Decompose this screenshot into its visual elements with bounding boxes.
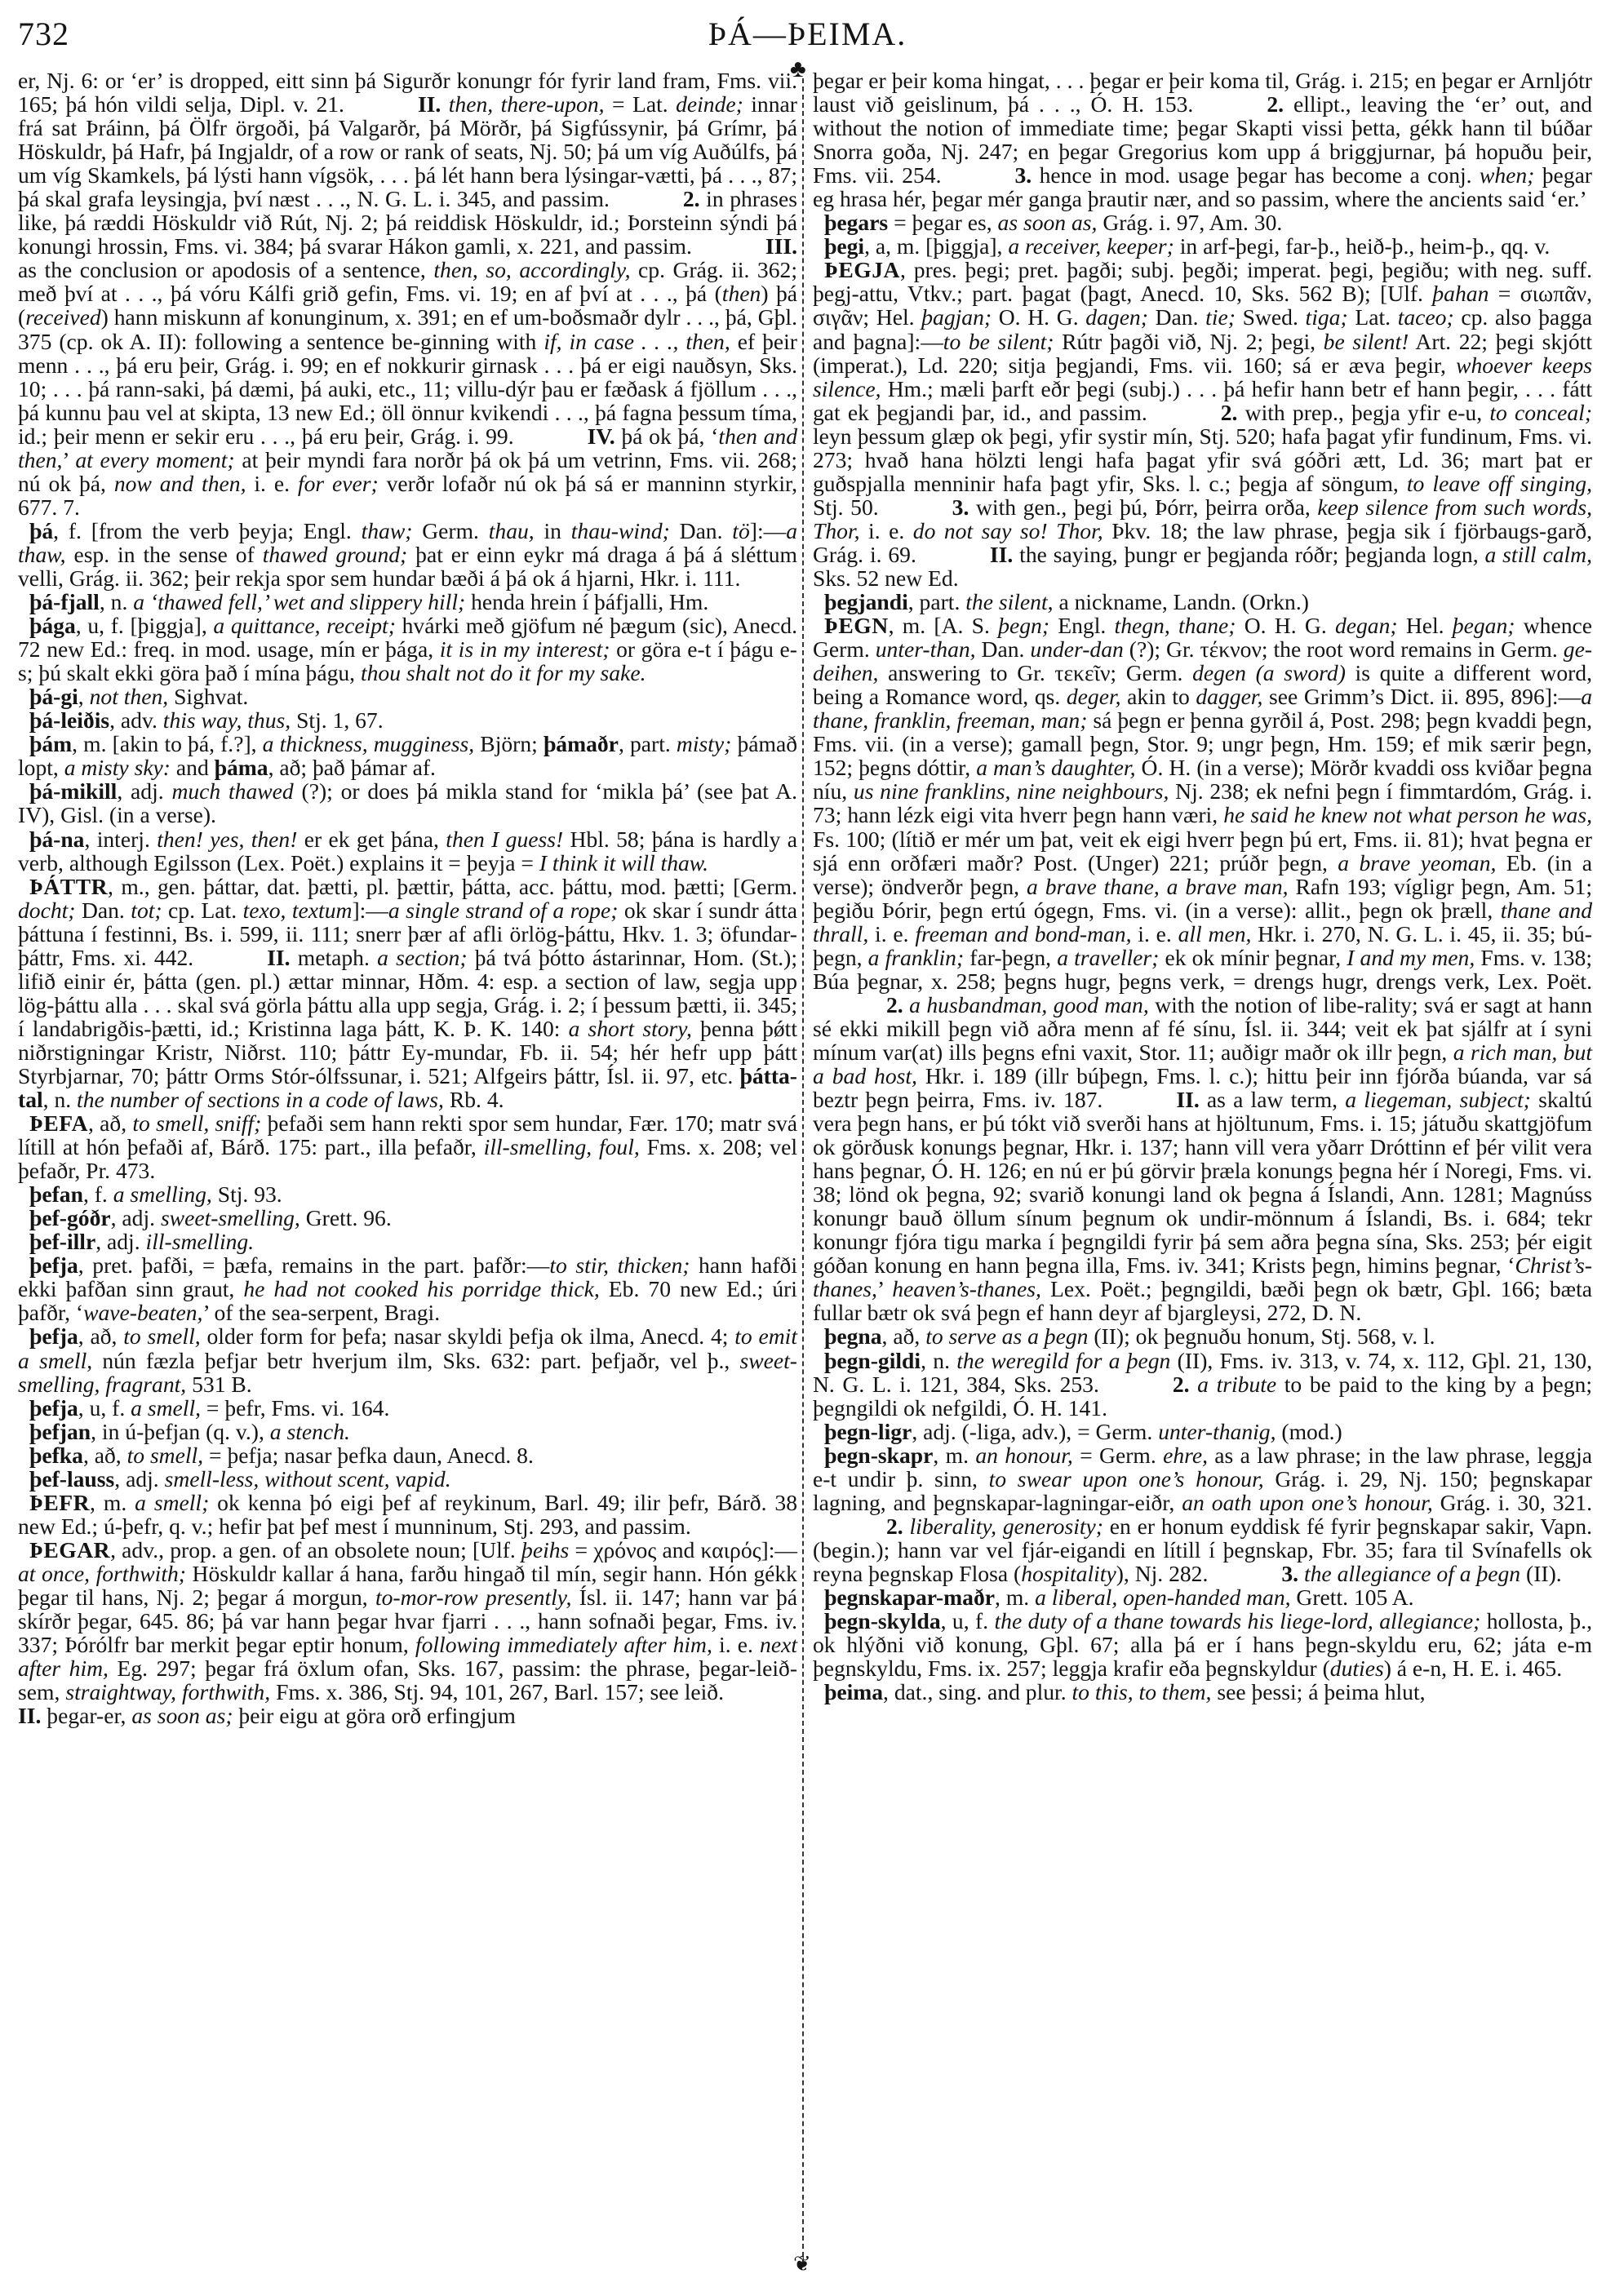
gloss-text: freeman and bond-man, <box>915 921 1131 946</box>
gloss-text: us nine franklins, nine neighbours, <box>854 778 1169 804</box>
entry-text: Dan. <box>670 518 732 543</box>
entry-text: Dan. <box>76 898 131 923</box>
gloss-text: a traveller; <box>1057 945 1159 970</box>
gloss-text: the allegiance of a þegn <box>1304 1561 1520 1586</box>
gloss-text: þeihs <box>521 1537 569 1562</box>
entry-text: see þessi; á þeima hlut, <box>1211 1679 1425 1704</box>
dictionary-entry: þegar er þeir koma hingat, . . . þegar e… <box>813 69 1592 211</box>
gloss-text: a receiver, keeper; <box>1008 233 1174 259</box>
gloss-text: then, there-upon, <box>449 91 605 117</box>
entry-text: = þefja; nasar þefka daun, Anecd. 8. <box>203 1443 534 1468</box>
gloss-text: texo, textum <box>243 898 353 923</box>
dictionary-entry: þefja, u, f. a smell, = þefr, Fms. vi. 1… <box>18 1396 797 1420</box>
dictionary-entry: þegna, að, to serve as a þegn (II); ok þ… <box>813 1324 1592 1348</box>
gloss-text: as soon as; <box>131 1703 233 1728</box>
dictionary-entry: þegars = þegar es, as soon as, Grág. i. … <box>813 211 1592 234</box>
gloss-text: smell-less, without scent, vapid. <box>165 1466 451 1492</box>
gloss-text: to conceal; <box>1489 400 1592 425</box>
dictionary-entry: þef-góðr, adj. sweet-smelling, Grett. 96… <box>18 1206 797 1230</box>
entry-text: i. e. <box>712 1632 760 1657</box>
headword: þá-fjall <box>29 589 100 614</box>
headword: ÞEFA <box>29 1110 88 1136</box>
column-divider <box>802 78 804 2265</box>
entry-text: answering to Gr. τεκεῖν; Germ. <box>878 660 1192 685</box>
entry-text: , part. <box>619 731 677 756</box>
headword: ÞEGJA <box>824 257 900 282</box>
gloss-text: a smell, <box>131 1395 201 1421</box>
entry-text: , n. <box>43 1087 77 1112</box>
headword: 2. <box>1221 400 1245 425</box>
entry-text: , dat., sing. and plur. <box>883 1679 1071 1704</box>
dictionary-entry: þegn-skylda, u, f. the duty of a thane t… <box>813 1609 1592 1680</box>
dictionary-entry: þegn-gildi, n. the weregild for a þegn (… <box>813 1349 1592 1420</box>
gloss-text: ill-smelling, foul, <box>484 1134 640 1159</box>
headword: ÞEFR <box>29 1490 90 1515</box>
dictionary-entry: þá-fjall, n. a ‘thawed fell,’ wet and sl… <box>18 590 797 614</box>
headword: þefja <box>29 1395 78 1421</box>
entry-text: , að, <box>88 1110 132 1136</box>
entry-text: ’ <box>877 1276 892 1301</box>
headword: þága <box>29 613 76 638</box>
gloss-text: then! yes, then! <box>157 827 297 852</box>
entry-text: Swed. <box>1236 304 1306 330</box>
gloss-text: þagjan; <box>921 304 992 330</box>
gloss-text: to this, to them, <box>1072 1679 1212 1704</box>
entry-text: skaltú vera þegn hans, er þú tókt við sv… <box>813 1087 1592 1278</box>
gloss-text: the silent, <box>965 589 1053 614</box>
entry-text: i. e. <box>246 471 297 496</box>
entry-text: Hel. <box>1398 613 1453 638</box>
dictionary-entry: þá-mikill, adj. much thawed (?); or does… <box>18 779 797 827</box>
gloss-text: thau, <box>489 518 535 543</box>
gloss-text: I think it will thaw. <box>539 850 708 875</box>
headword: þegjandi <box>824 589 908 614</box>
gloss-text: a liberal, open-handed man, <box>1035 1585 1290 1610</box>
entry-text: as a law term, <box>1207 1087 1345 1112</box>
dictionary-entry: ÞEGAR, adv., prop. a gen. of an obsolete… <box>18 1538 797 1727</box>
fleuron-ornament-icon: ❦ <box>793 2254 811 2275</box>
headword: 3. <box>1015 162 1040 188</box>
gloss-text: I and my men, <box>1347 945 1475 970</box>
entry-text: Grág. i. 30, 321. <box>1433 1490 1592 1515</box>
entry-text: Sighvat. <box>168 684 248 709</box>
entry-text: , m. [A. S. <box>889 613 999 638</box>
gloss-text: when; <box>1480 162 1534 188</box>
gloss-text: deinde; <box>676 91 743 117</box>
headword: 2. <box>886 1514 910 1539</box>
gloss-text: a liegeman, subject; <box>1345 1087 1531 1112</box>
gloss-text: unter-than, <box>876 636 976 662</box>
gloss-text: to-mor-row presently, <box>375 1585 571 1610</box>
dictionary-entry: þá-na, interj. then! yes, then! er ek ge… <box>18 827 797 875</box>
gloss-text: tö <box>732 518 749 543</box>
right-column: þegar er þeir koma hingat, . . . þegar e… <box>813 69 1592 1704</box>
headword: þef-illr <box>29 1229 95 1254</box>
headword: III. <box>765 233 797 259</box>
dictionary-entry: ÞEFA, að, to smell, sniff; þefaði sem ha… <box>18 1111 797 1182</box>
gloss-text: tot; <box>131 898 162 923</box>
entry-text: , pret. þafði, = þæfa, remains in the pa… <box>78 1252 550 1278</box>
headword: ÞÁTTR <box>29 874 108 899</box>
entry-text: 531 B. <box>186 1372 252 1397</box>
entry-text: , adj. <box>95 1229 145 1254</box>
entry-text: ) á e-n, H. E. i. 465. <box>1384 1656 1562 1681</box>
entry-text: with gen., þegi þú, Þórr, þeirra orða, <box>976 494 1317 520</box>
gloss-text: dagen; <box>1085 304 1148 330</box>
gloss-text: hospitality <box>1021 1561 1116 1586</box>
entry-text: as the conclusion or apodosis of a sente… <box>18 257 433 282</box>
entry-text: , að, <box>83 1443 127 1468</box>
entry-text: Sks. 52 new Ed. <box>813 565 959 591</box>
gloss-text: ill-smelling. <box>146 1229 255 1254</box>
entry-text: in <box>535 518 571 543</box>
page-header: 732 ÞÁ—ÞEIMA. <box>0 8 1615 57</box>
gloss-text: at every moment; <box>75 447 234 472</box>
gloss-text: if, in case . . ., then, <box>544 329 730 354</box>
gloss-text: thou shalt not do it for my sake. <box>361 660 646 685</box>
entry-text: , adj. <box>111 1205 161 1230</box>
entry-text: metaph. <box>298 945 377 970</box>
entry-text: = Germ. <box>1073 1443 1163 1468</box>
dictionary-entry: þeima, dat., sing. and plur. to this, to… <box>813 1680 1592 1704</box>
gloss-text: thaw; <box>362 518 413 543</box>
gloss-text: degan; <box>1335 613 1398 638</box>
dictionary-entry: þegn-skapr, m. an honour, = Germ. ehre, … <box>813 1443 1592 1585</box>
gloss-text: a quittance, receipt; <box>213 613 396 638</box>
entry-text: , in ú-þefjan (q. v.), <box>91 1419 270 1444</box>
headword: þegnskapar-maðr <box>824 1585 995 1610</box>
headword: II. <box>418 91 449 117</box>
gloss-text: to swear upon one’s honour, <box>989 1466 1264 1492</box>
entry-text: , part. <box>908 589 966 614</box>
headword: þefja <box>29 1323 78 1349</box>
headword: þá-na <box>29 827 84 852</box>
gloss-text: a tribute <box>1197 1372 1276 1397</box>
headword: 2. <box>1173 1372 1197 1397</box>
gloss-text: the weregild for a þegn <box>956 1348 1170 1373</box>
entry-text: = þefr, Fms. vi. 164. <box>201 1395 389 1421</box>
headword: þegna <box>824 1323 882 1349</box>
entry-text: ’ of the sea-serpent, Bragi. <box>202 1300 440 1325</box>
gloss-text: a husbandman, good man, <box>909 992 1149 1017</box>
gloss-text: duties <box>1330 1656 1384 1681</box>
gloss-text: for ever; <box>298 471 379 496</box>
headword: II. <box>990 542 1019 567</box>
entry-text: er ek get þána, <box>297 827 446 852</box>
entry-text: , f. [from the verb þeyja; Engl. <box>53 518 361 543</box>
gloss-text: straightway, forthwith, <box>65 1679 270 1704</box>
entry-text: , interj. <box>84 827 157 852</box>
dictionary-entry: þá-leiðis, adv. this way, thus, Stj. 1, … <box>18 708 797 732</box>
headword: þef-góðr <box>29 1205 111 1230</box>
headword: 3. <box>1281 1561 1304 1586</box>
entry-text: Lat. <box>1348 304 1398 330</box>
gloss-text: a misty sky: <box>64 755 171 780</box>
entry-text: henda hrein í þáfjalli, Hm. <box>465 589 708 614</box>
entry-text: esp. in the sense of <box>66 542 263 567</box>
dictionary-entry: þegnskapar-maðr, m. a liberal, open-hand… <box>813 1585 1592 1609</box>
entry-text: , n. <box>100 589 133 614</box>
headword: þám <box>29 731 72 756</box>
headword: þegn-skapr <box>824 1443 933 1468</box>
headword: ÞEGN <box>824 613 889 638</box>
gloss-text: it is in my interest; <box>440 636 610 662</box>
entry-text: Germ. <box>412 518 488 543</box>
entry-text: Grett. 96. <box>300 1205 392 1230</box>
gloss-text: following immediately after him, <box>415 1632 712 1657</box>
dictionary-entry: þegi, a, m. [þiggja], a receiver, keeper… <box>813 234 1592 258</box>
gloss-text: a brave yeoman, <box>1338 850 1496 875</box>
entry-text: with prep., þegja yfir e-u, <box>1245 400 1490 425</box>
entry-text: ek ok mínir þegnar, <box>1159 945 1347 970</box>
dictionary-entry: ÞEGN, m. [A. S. þegn; Engl. thegn, thane… <box>813 614 1592 1324</box>
gloss-text: a thickness, mugginess, <box>263 731 475 756</box>
entry-text: hence in mod. usage þegar has become a c… <box>1040 162 1480 188</box>
gloss-text: a brave thane, a brave man, <box>1027 874 1289 899</box>
entry-text: Dan. <box>976 636 1031 662</box>
gloss-text: a section; <box>377 945 467 970</box>
dictionary-entry: ÞEFR, m. a smell; ok kenna þó eigi þef a… <box>18 1491 797 1538</box>
entry-text: , að, <box>882 1323 926 1349</box>
entry-text: cp. Lat. <box>162 898 243 923</box>
headword: þefja <box>29 1252 78 1278</box>
gloss-text: all men, <box>1178 921 1252 946</box>
gloss-text: sweet-smelling, <box>161 1205 300 1230</box>
dictionary-entry: þefka, að, to smell, = þefja; nasar þefk… <box>18 1443 797 1467</box>
entry-text: , u, f. <box>941 1608 995 1633</box>
entry-text: , n. <box>921 1348 956 1373</box>
entry-text: Grág. i. 97, Am. 30. <box>1097 210 1282 235</box>
entry-text: þeir eigu at göra orð erfingjum <box>233 1703 516 1728</box>
dictionary-entry: ÞEGJA, pres. þegi; pret. þagði; subj. þe… <box>813 258 1592 590</box>
headword: 2. <box>683 186 706 211</box>
gloss-text: a single strand of a rope; <box>388 898 619 923</box>
headword: þegn-gildi <box>824 1348 921 1373</box>
gloss-text: as soon as, <box>998 210 1098 235</box>
gloss-text: then <box>722 281 761 306</box>
dictionary-entry: þef-illr, adj. ill-smelling. <box>18 1230 797 1253</box>
gloss-text: to stir, thicken; <box>549 1252 690 1278</box>
entry-text: (II); ok þegnuðu honum, Stj. 568, v. l. <box>1088 1323 1435 1349</box>
gloss-text: to smell, <box>123 1323 200 1349</box>
entry-text: Dan. <box>1148 304 1205 330</box>
gloss-text: degen (a sword) <box>1192 660 1346 685</box>
running-title: ÞÁ—ÞEIMA. <box>0 15 1615 53</box>
entry-text: þá ok þá, ‘ <box>621 423 718 449</box>
gloss-text: be silent! <box>1324 329 1409 354</box>
gloss-text: then I guess! <box>446 827 563 852</box>
headword: þegn-ligr <box>824 1419 912 1444</box>
gloss-text: dagger, <box>1196 684 1262 709</box>
entry-text: , m. <box>933 1443 975 1468</box>
gloss-text: an honour, <box>975 1443 1072 1468</box>
entry-text: , m. <box>995 1585 1035 1610</box>
dictionary-entry: þám, m. [akin to þá, f.?], a thickness, … <box>18 732 797 779</box>
entry-text: Fms. x. 386, Stj. 94, 101, 267, Barl. 15… <box>270 1679 724 1704</box>
headword: þá-mikill <box>29 778 117 804</box>
headword: II. <box>18 1703 47 1728</box>
entry-text: O. H. G. <box>992 304 1085 330</box>
entry-text: , að, <box>78 1323 123 1349</box>
entry-text: a nickname, Landn. (Orkn.) <box>1054 589 1309 614</box>
gloss-text: wave-beaten, <box>83 1300 202 1325</box>
headword: þá <box>29 518 53 543</box>
headword: þámaðr <box>544 731 619 756</box>
entry-text: , adv. <box>109 707 163 733</box>
headword: þeima <box>824 1679 883 1704</box>
headword: þá-gi <box>29 684 78 709</box>
dictionary-entry: þá-gi, not then, Sighvat. <box>18 685 797 708</box>
entry-text: nún fæzla þefjar betr hverjum ilm, Sks. … <box>92 1348 739 1373</box>
gloss-text: thau-wind; <box>571 518 670 543</box>
gloss-text: to leave off singing, <box>1407 471 1592 496</box>
gloss-text: he said he knew not what person he was, <box>1223 802 1592 827</box>
gloss-text: the number of sections in a code of laws… <box>77 1087 444 1112</box>
headword: IV. <box>588 423 622 449</box>
gloss-text: misty; <box>677 731 731 756</box>
dictionary-entry: er, Nj. 6: or ‘er’ is dropped, eitt sinn… <box>18 69 797 519</box>
dictionary-entry: þefjan, in ú-þefjan (q. v.), a stench. <box>18 1420 797 1443</box>
gloss-text: now and then, <box>114 471 246 496</box>
gloss-text: docht; <box>18 898 76 923</box>
entry-text: , m. [akin to þá, f.?], <box>72 731 263 756</box>
gloss-text: this way, thus, <box>163 707 291 733</box>
entry-text: , m., gen. þáttar, dat. þætti, pl. þætti… <box>108 874 797 899</box>
entry-text: and <box>171 755 215 780</box>
entry-text: , m. <box>90 1490 135 1515</box>
gloss-text: tie; <box>1205 304 1236 330</box>
entry-text: , adj. <box>117 778 171 804</box>
entry-text: far-þegn, <box>964 945 1057 970</box>
entry-text: , adj. (-liga, adv.), = Germ. <box>912 1419 1158 1444</box>
gloss-text: tiga; <box>1306 304 1348 330</box>
entry-text: = χρόνος and καιρός]:— <box>569 1537 797 1562</box>
gloss-text: an oath upon one’s honour, <box>1182 1490 1432 1515</box>
dictionary-entry: þefan, f. a smelling, Stj. 93. <box>18 1182 797 1206</box>
gloss-text: þegan; <box>1453 613 1515 638</box>
entry-text: Rútr þagði við, Nj. 2; þegi, <box>1054 329 1324 354</box>
headword: þá-leiðis <box>29 707 109 733</box>
entry-text: in arf-þegi, far-þ., heið-þ., heim-þ., q… <box>1174 233 1550 259</box>
entry-text: i. e. <box>868 921 915 946</box>
dictionary-entry: þegjandi, part. the silent, a nickname, … <box>813 590 1592 614</box>
headword: þáma <box>215 755 268 780</box>
entry-text: ]:— <box>352 898 388 923</box>
gloss-text: then, so, accordingly, <box>433 257 630 282</box>
dictionary-entry: þef-lauss, adj. smell-less, without scen… <box>18 1467 797 1491</box>
gloss-text: liberality, generosity; <box>910 1514 1103 1539</box>
left-column: er, Nj. 6: or ‘er’ is dropped, eitt sinn… <box>18 69 797 1727</box>
headword: II. <box>1176 1087 1207 1112</box>
entry-text: (II). <box>1520 1561 1562 1586</box>
entry-text: i. e. <box>1132 921 1178 946</box>
gloss-text: he had not cooked his porridge thick, <box>243 1276 599 1301</box>
entry-text: older form for þefa; nasar skyldi þefja … <box>201 1323 735 1349</box>
gloss-text: to smell, <box>127 1443 204 1468</box>
headword: 2. <box>886 992 909 1017</box>
gloss-text: to smell, sniff; <box>132 1110 261 1136</box>
entry-text: ), Nj. 282. <box>1116 1561 1209 1586</box>
gloss-text: do not say so! Thor, <box>913 518 1103 543</box>
gloss-text: a franklin; <box>868 945 964 970</box>
headword: þefjan <box>29 1419 91 1444</box>
headword: 3. <box>952 494 976 520</box>
gloss-text: a still calm, <box>1484 542 1592 567</box>
entry-text: , u, f. [þiggja], <box>76 613 214 638</box>
gloss-text: þahan <box>1432 281 1489 306</box>
entry-text: , adj. <box>114 1466 164 1492</box>
gloss-text: þegn; <box>998 613 1049 638</box>
entry-text: Stj. 50. <box>813 494 879 520</box>
entry-text: the saying, þungr er þegjanda róðr; þegj… <box>1019 542 1484 567</box>
gloss-text: a smelling, <box>113 1181 212 1207</box>
dictionary-entry: þá, f. [from the verb þeyja; Engl. thaw;… <box>18 519 797 590</box>
entry-text: Stj. 1, 67. <box>291 707 383 733</box>
entry-text: = Lat. <box>605 91 677 117</box>
gloss-text: to be silent; <box>943 329 1054 354</box>
entry-text: , adv., prop. a gen. of an obsolete noun… <box>110 1537 521 1562</box>
entry-text: akin to <box>1121 684 1196 709</box>
gloss-text: a man’s daughter, <box>976 755 1135 780</box>
gloss-text: received <box>25 304 100 330</box>
gloss-text: unter-thanig, <box>1158 1419 1276 1444</box>
dictionary-entry: ÞÁTTR, m., gen. þáttar, dat. þætti, pl. … <box>18 875 797 1111</box>
gloss-text: under-dan <box>1030 636 1123 662</box>
entry-text: Rb. 4. <box>444 1087 504 1112</box>
headword: II. <box>267 945 298 970</box>
gloss-text: at once, forthwith; <box>18 1561 186 1586</box>
gloss-text: thegn, thane; <box>1115 613 1236 638</box>
headword: þegn-skylda <box>824 1608 941 1633</box>
headword: þefka <box>29 1443 83 1468</box>
entry-text: (?); Gr. τέκνον; the root word remains i… <box>1124 636 1564 662</box>
entry-text: , u, f. <box>78 1395 131 1421</box>
entry-text: ’ <box>62 447 75 472</box>
entry-text: Engl. <box>1049 613 1115 638</box>
entry-text: see Grimm’s Dict. ii. 895, 896]:— <box>1262 684 1581 709</box>
entry-text: Grett. 105 A. <box>1291 1585 1414 1610</box>
entry-text: = þegar es, <box>888 210 997 235</box>
headword: þef-lauss <box>29 1466 114 1492</box>
dictionary-entry: þága, u, f. [þiggja], a quittance, recei… <box>18 614 797 685</box>
gloss-text: heaven’s-thanes, <box>892 1276 1041 1301</box>
entry-text: (mod.) <box>1276 1419 1342 1444</box>
dictionary-entry: þegn-ligr, adj. (-liga, adv.), = Germ. u… <box>813 1420 1592 1443</box>
gloss-text: the duty of a thane towards his liege-lo… <box>994 1608 1480 1633</box>
entry-text: O. H. G. <box>1236 613 1334 638</box>
entry-text: ]:— <box>750 518 786 543</box>
entry-text: Björn; <box>474 731 544 756</box>
headword: þegars <box>824 210 888 235</box>
entry-text: i. e. <box>860 518 913 543</box>
gloss-text: deger, <box>1067 684 1121 709</box>
entry-text: þegar-er, <box>47 1703 131 1728</box>
dictionary-entry: þefja, pret. þafði, = þæfa, remains in t… <box>18 1253 797 1324</box>
gloss-text: not then, <box>90 684 169 709</box>
gloss-text: a smell; <box>135 1490 209 1515</box>
dictionary-entry: þefja, að, to smell, older form for þefa… <box>18 1324 797 1395</box>
entry-text: , a, m. [þiggja], <box>864 233 1008 259</box>
gloss-text: thawed ground; <box>263 542 408 567</box>
gloss-text: to serve as a þegn <box>925 1323 1088 1349</box>
headword: þefan <box>29 1181 83 1207</box>
headword: 2. <box>1267 91 1293 117</box>
gloss-text: taceo; <box>1398 304 1454 330</box>
gloss-text: ehre, <box>1163 1443 1208 1468</box>
headword: þegi <box>824 233 864 259</box>
gloss-text: a short story, <box>569 1016 692 1041</box>
entry-text: Stj. 93. <box>212 1181 282 1207</box>
